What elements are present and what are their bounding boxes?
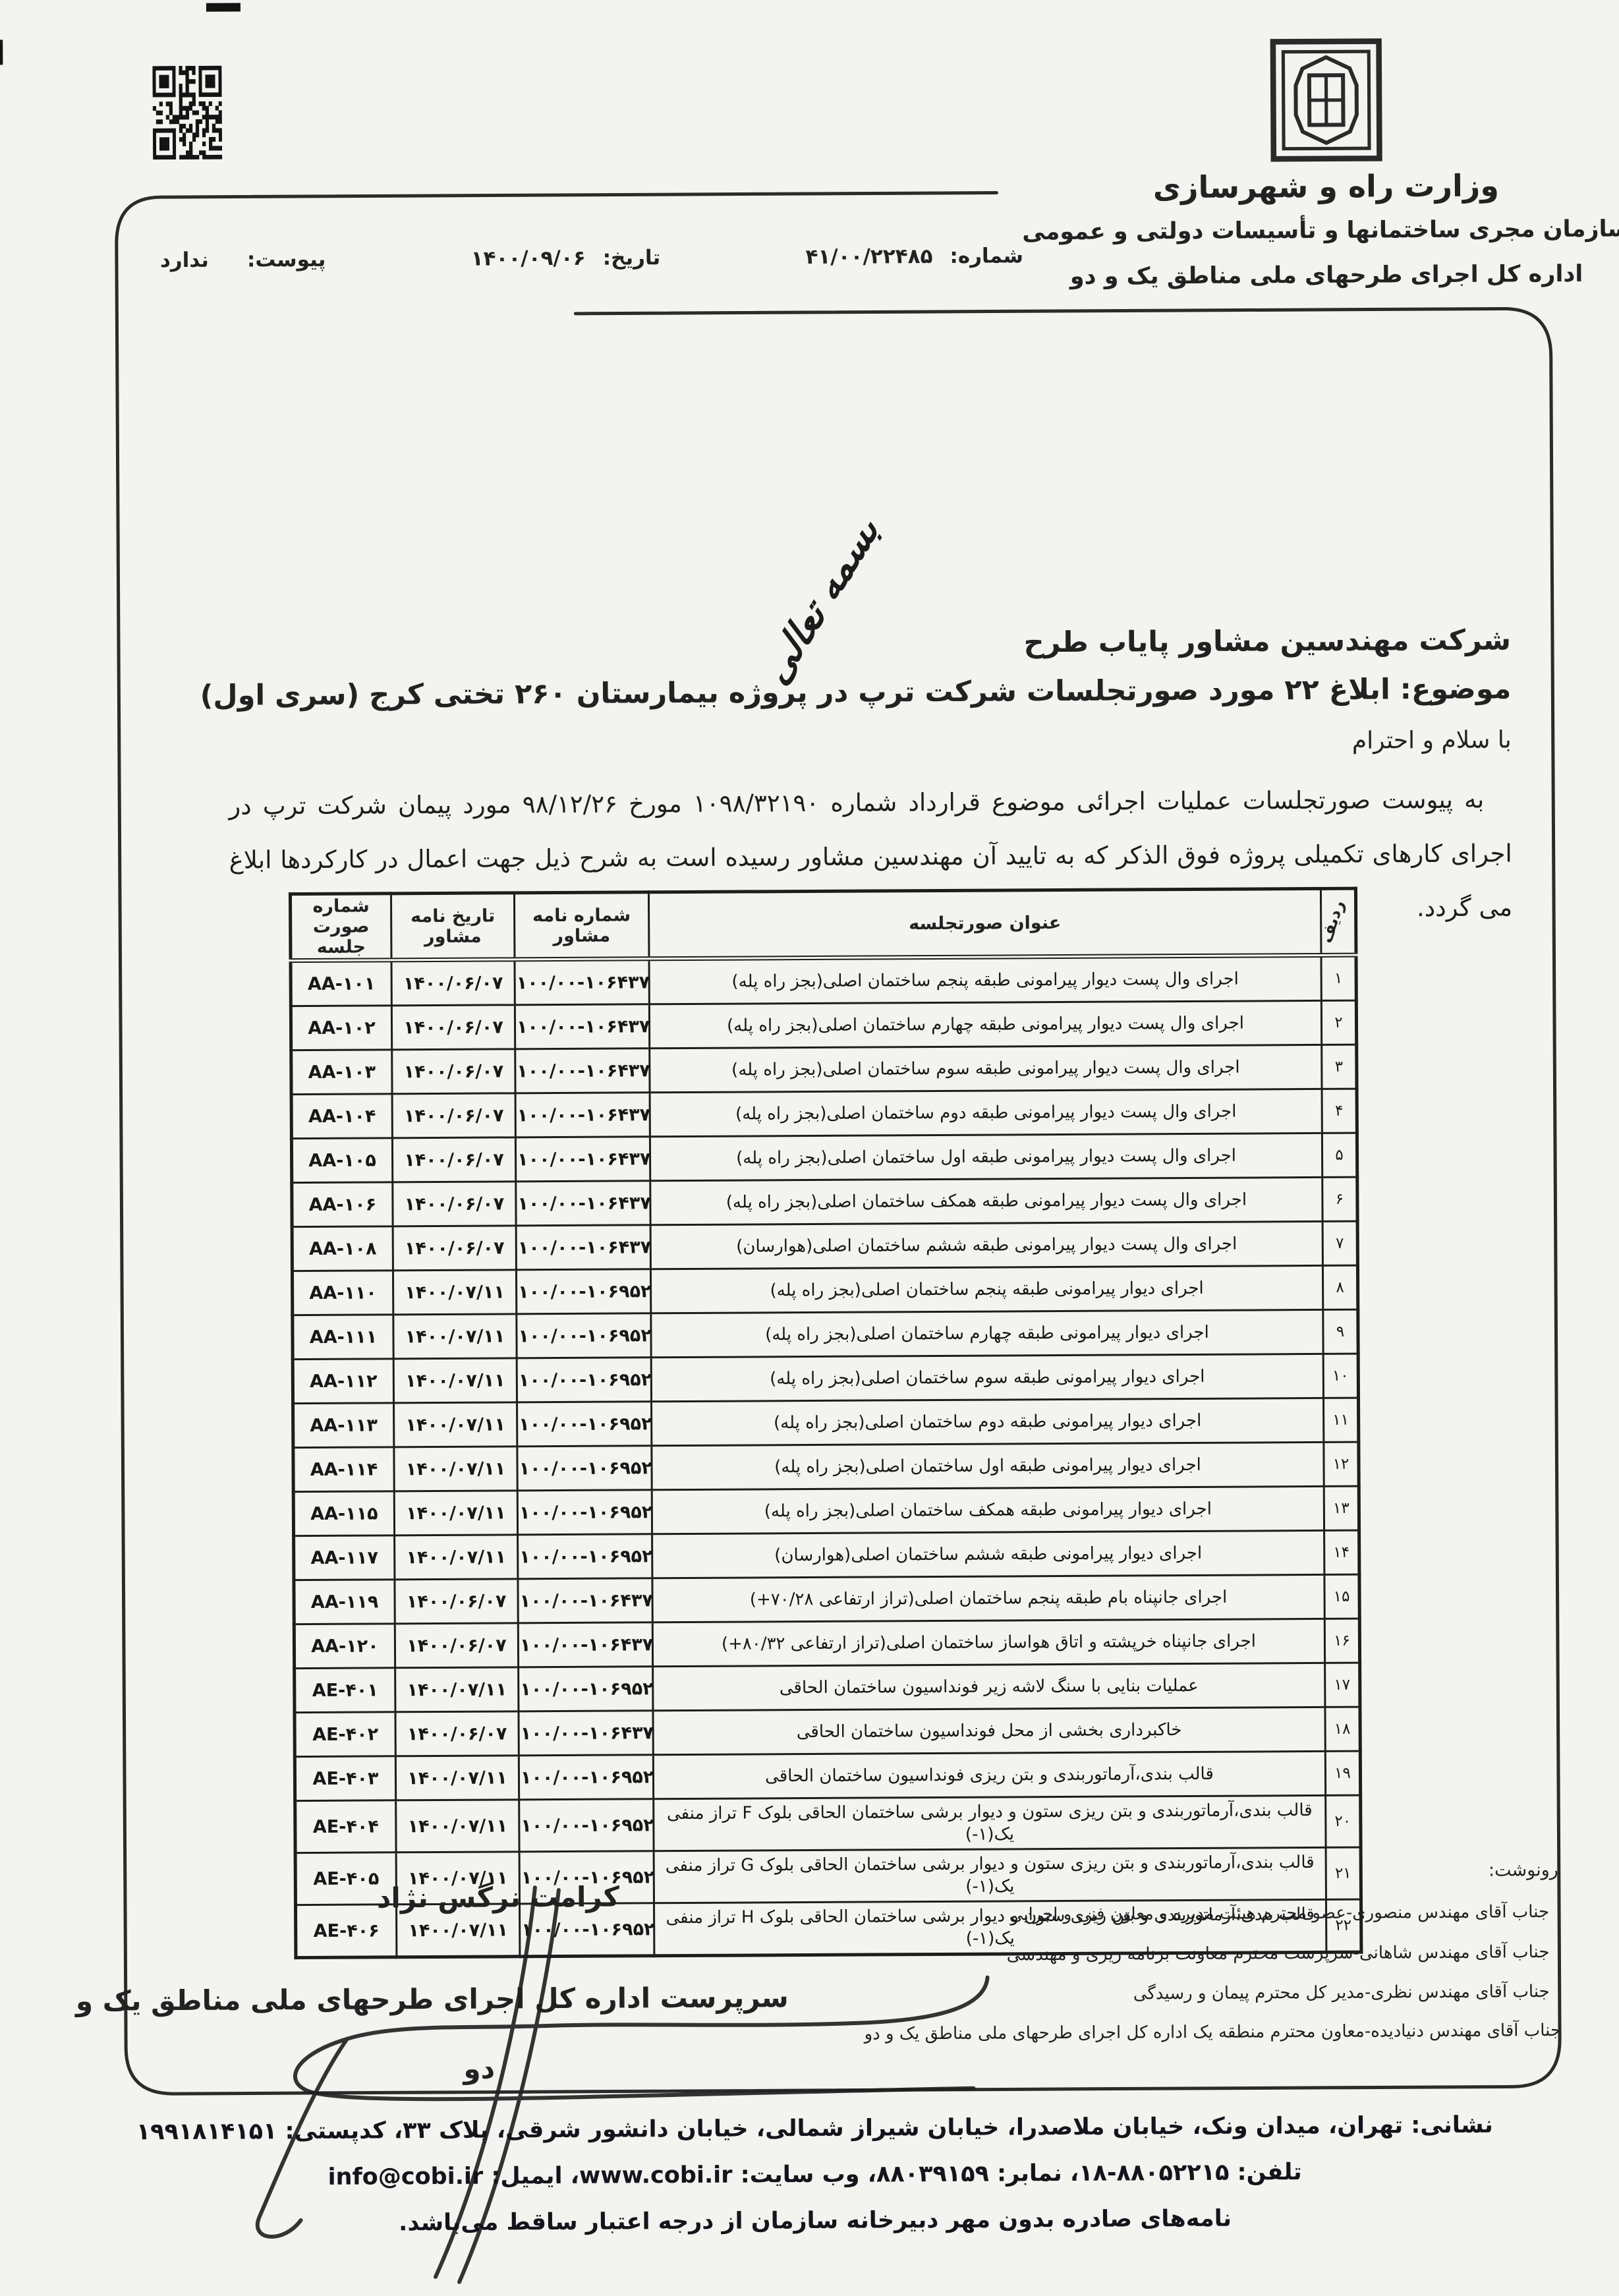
cc-item: جناب آقای مهندس دنیادیده-معاون محترم منط… (864, 2021, 1561, 2044)
cc-label: رونوشت: (1489, 1860, 1558, 1881)
cc-item: جناب آقای مهندس نظری-مدیر کل محترم پیمان… (1133, 1982, 1550, 2003)
cc-item: جناب آقای مهندس منصوری-عضو محترم هیئت مد… (1009, 1902, 1550, 1924)
cc-item: جناب آقای مهندس شاهانی-سرپرست محترم معاو… (1007, 1942, 1550, 1965)
scanned-letter-page: وزارت راه و شهرسازی سازمان مجری ساختمانه… (0, 0, 1619, 2296)
scan-tilt-layer: وزارت راه و شهرسازی سازمان مجری ساختمانه… (0, 0, 1619, 2296)
